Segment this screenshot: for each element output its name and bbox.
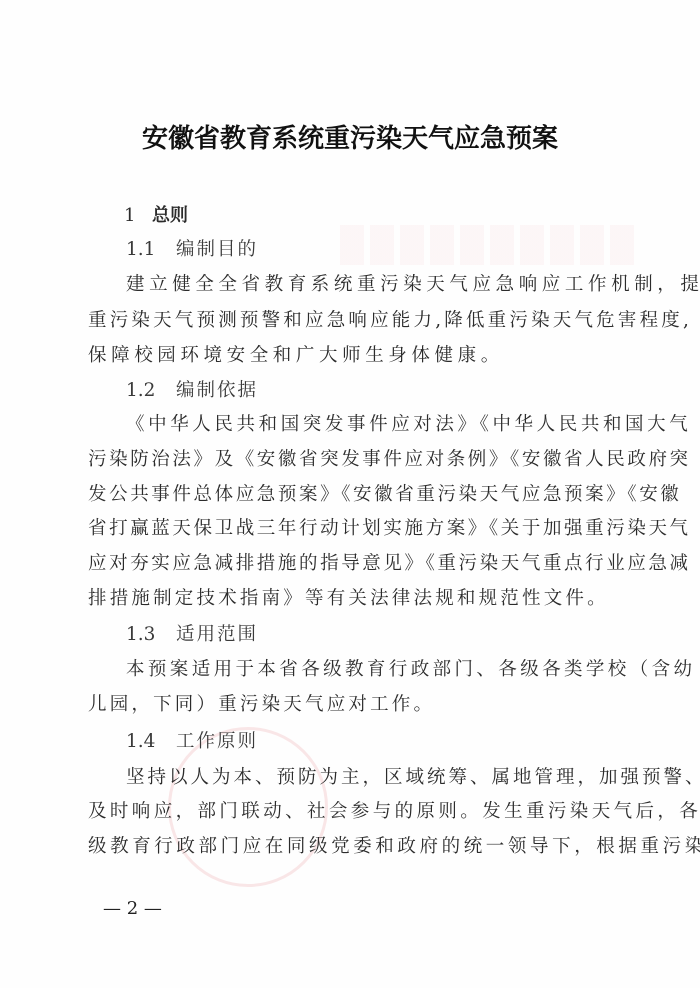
paragraph-line: 《中华人民共和国突发事件应对法》《中华人民共和国大气	[126, 410, 608, 436]
section-heading-1: 1总则	[124, 201, 644, 227]
paragraph-line: 重污染天气预测预警和应急响应能力,降低重污染天气危害程度,	[88, 306, 608, 332]
subsection-title: 编制目的	[176, 239, 258, 260]
subsection-heading-1-3: 1.3适用范围	[126, 620, 646, 646]
document-page: 安徽省教育系统重污染天气应急预案 1总则 1.1编制目的 建立健全全省教育系统重…	[0, 0, 700, 988]
paragraph-line: 排措施制定技术指南》等有关法律法规和规范性文件。	[88, 584, 608, 610]
subsection-heading-1-2: 1.2编制依据	[126, 376, 646, 402]
paragraph-line: 级教育行政部门应在同级党委和政府的统一领导下，根据重污染	[88, 832, 608, 858]
subsection-heading-1-1: 1.1编制目的	[126, 235, 646, 261]
paragraph-line: 儿园，下同）重污染天气应对工作。	[88, 690, 608, 716]
paragraph-line: 污染防治法》及《安徽省突发事件应对条例》《安徽省人民政府突	[88, 445, 608, 471]
page-number: — 2 —	[103, 898, 162, 919]
paragraph-line: 建立健全全省教育系统重污染天气应急响应工作机制，提高	[126, 270, 608, 296]
subsection-title: 编制依据	[176, 380, 258, 401]
paragraph-line: 坚持以人为本、预防为主，区域统筹、属地管理，加强预警、	[126, 763, 608, 789]
subsection-title: 适用范围	[176, 624, 258, 645]
paragraph-line: 省打赢蓝天保卫战三年行动计划实施方案》《关于加强重污染天气	[88, 514, 608, 540]
section-number: 1	[124, 205, 152, 226]
paragraph-line: 应对夯实应急减排措施的指导意见》《重污染天气重点行业应急减	[88, 549, 608, 575]
section-title: 总则	[152, 205, 188, 226]
subsection-heading-1-4: 1.4工作原则	[126, 727, 646, 753]
subsection-number: 1.4	[126, 731, 176, 752]
paragraph-line: 及时响应，部门联动、社会参与的原则。发生重污染天气后，各	[88, 797, 608, 823]
subsection-title: 工作原则	[176, 731, 258, 752]
subsection-number: 1.1	[126, 239, 176, 260]
paragraph-line: 本预案适用于本省各级教育行政部门、各级各类学校（含幼	[126, 655, 608, 681]
subsection-number: 1.2	[126, 380, 176, 401]
paragraph-line: 发公共事件总体应急预案》《安徽省重污染天气应急预案》《安徽	[88, 480, 608, 506]
subsection-number: 1.3	[126, 624, 176, 645]
document-title: 安徽省教育系统重污染天气应急预案	[0, 118, 700, 155]
paragraph-line: 保障校园环境安全和广大师生身体健康。	[88, 341, 608, 367]
